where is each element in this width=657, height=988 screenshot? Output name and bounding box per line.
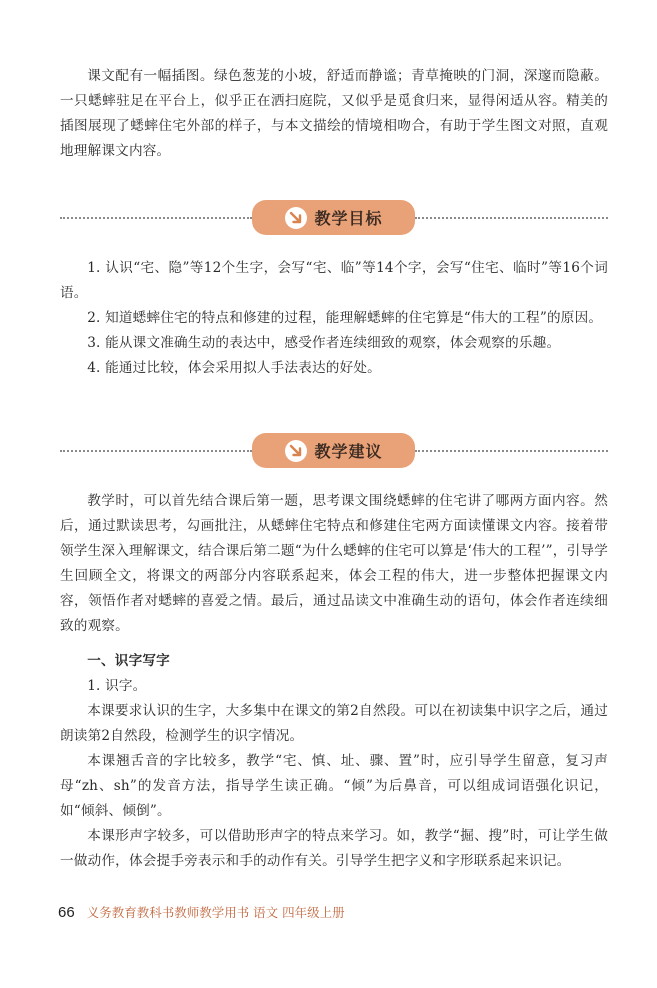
goal-item: 2. 知道蟋蟀住宅的特点和修建的过程，能理解蟋蟀的住宅算是“伟大的工程”的原因。 <box>60 306 608 331</box>
goal-item: 1. 认识“宅、隐”等12个生字，会写“宅、临”等14个字，会写“住宅、临时”等… <box>60 256 608 306</box>
dotted-rule-right <box>415 450 608 452</box>
arrow-down-right-circle-icon <box>284 206 308 230</box>
goal-item: 4. 能通过比较，体会采用拟人手法表达的好处。 <box>60 356 608 381</box>
book-title: 义务教育教科书教师教学用书 语文 四年级上册 <box>87 903 345 921</box>
suggestions-section: 教学时，可以首先结合课后第一题，思考课文围绕蟋蟀的住宅讲了哪两方面内容。然后，通… <box>60 489 608 639</box>
literacy-paragraph: 本课形声字较多，可以借助形声字的特点来学习。如，教学“掘、搜”时，可让学生做一做… <box>60 824 608 874</box>
suggestions-badge-label: 教学建议 <box>314 439 382 462</box>
textbook-page: 课文配有一幅插图。绿色葱茏的小坡，舒适而静谧；青草掩映的门洞，深邃而隐蔽。一只蟋… <box>0 0 657 988</box>
intro-paragraph: 课文配有一幅插图。绿色葱茏的小坡，舒适而静谧；青草掩映的门洞，深邃而隐蔽。一只蟋… <box>60 64 608 164</box>
dotted-rule-left <box>60 217 252 219</box>
suggestions-divider: 教学建议 <box>60 433 608 469</box>
dotted-rule-left <box>60 450 252 452</box>
goals-badge-label: 教学目标 <box>314 206 382 229</box>
literacy-paragraph: 本课要求认识的生字，大多集中在课文的第2自然段。可以在初读集中识字之后，通过朗读… <box>60 699 608 749</box>
goals-divider: 教学目标 <box>60 200 608 236</box>
dotted-rule-right <box>415 217 608 219</box>
literacy-section: 一、识字写字 1. 识字。 本课要求认识的生字，大多集中在课文的第2自然段。可以… <box>60 649 608 874</box>
literacy-paragraph: 本课翘舌音的字比较多，教学“宅、慎、址、骤、置”时，应引导学生留意，复习声母“z… <box>60 749 608 824</box>
arrow-down-right-circle-icon <box>284 439 308 463</box>
literacy-heading: 一、识字写字 <box>60 649 608 674</box>
page-number: 66 <box>58 904 75 921</box>
literacy-subheading: 1. 识字。 <box>60 674 608 699</box>
goals-list: 1. 认识“宅、隐”等12个生字，会写“宅、临”等14个字，会写“住宅、临时”等… <box>60 256 608 381</box>
suggestions-paragraph: 教学时，可以首先结合课后第一题，思考课文围绕蟋蟀的住宅讲了哪两方面内容。然后，通… <box>60 489 608 639</box>
page-footer: 66 义务教育教科书教师教学用书 语文 四年级上册 <box>58 903 345 921</box>
intro-section: 课文配有一幅插图。绿色葱茏的小坡，舒适而静谧；青草掩映的门洞，深邃而隐蔽。一只蟋… <box>60 64 608 164</box>
goal-item: 3. 能从课文准确生动的表达中，感受作者连续细致的观察，体会观察的乐趣。 <box>60 331 608 356</box>
suggestions-badge: 教学建议 <box>252 433 415 468</box>
goals-badge: 教学目标 <box>252 200 415 235</box>
